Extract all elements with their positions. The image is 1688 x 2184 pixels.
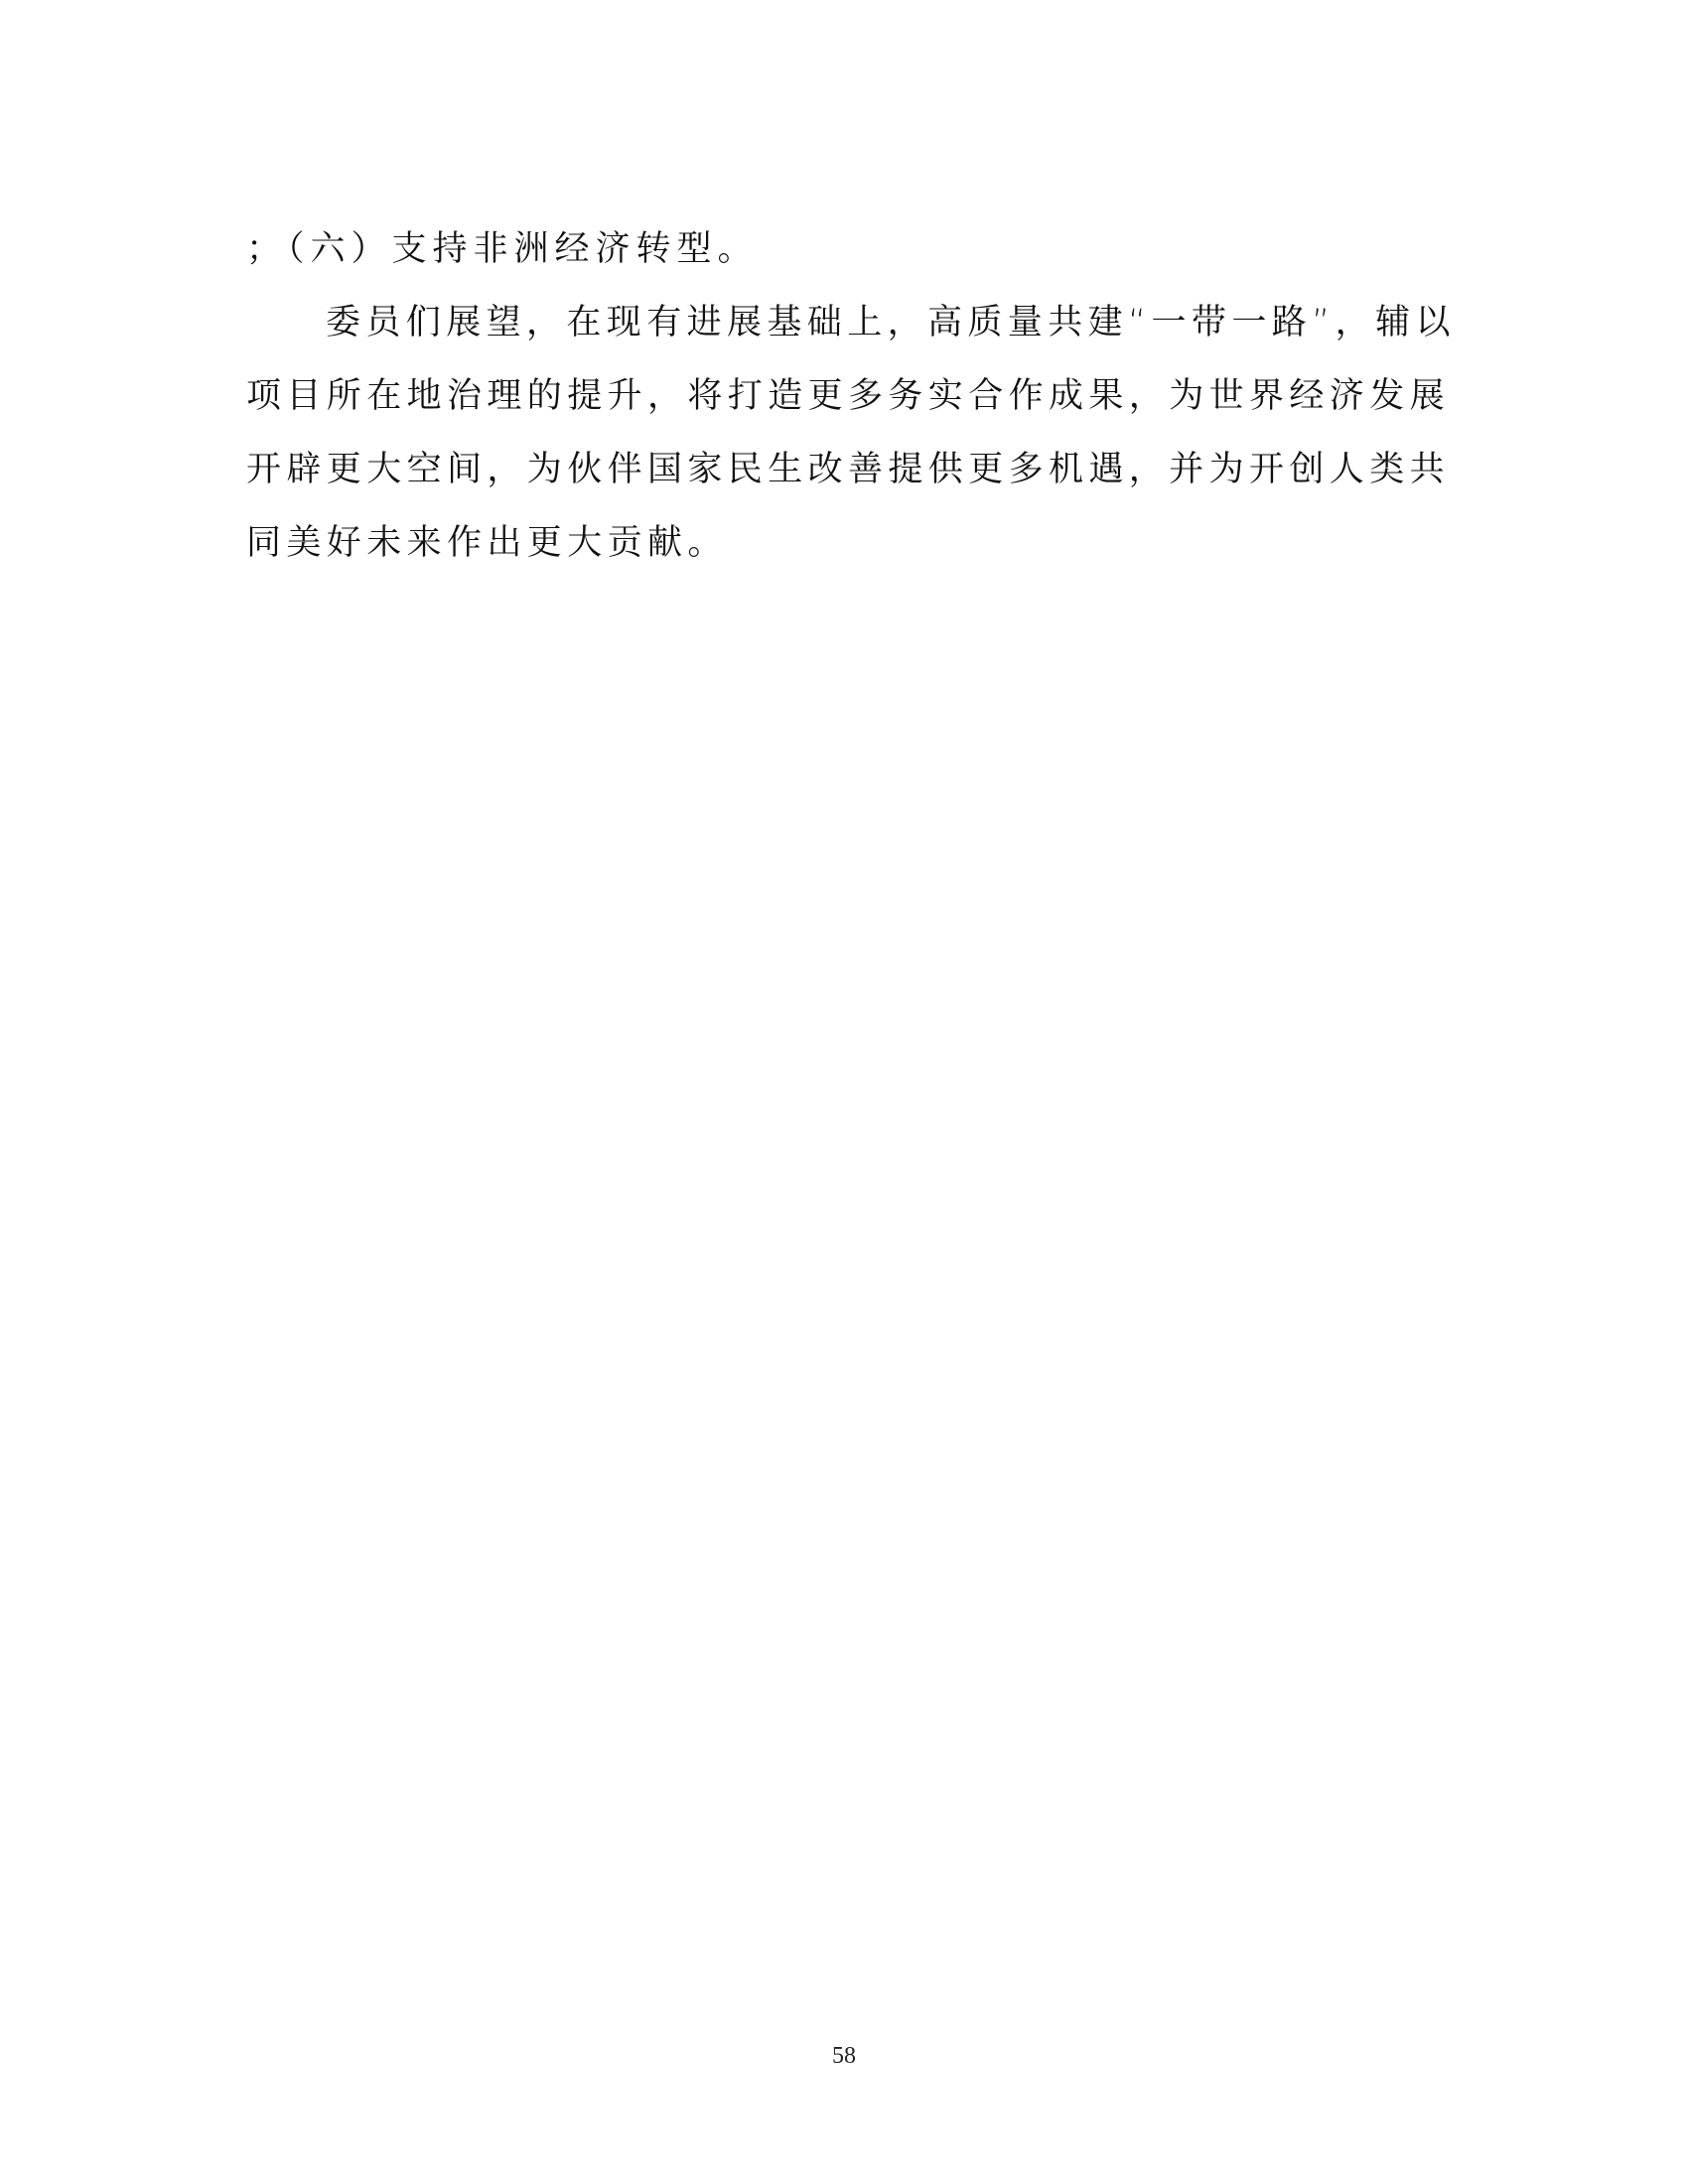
paragraph-line: 同美好未来作出更大贡献。 bbox=[246, 506, 1438, 580]
paragraph-line: 开辟更大空间，为伙伴国家民生改善提供更多机遇，并为开创人类共 bbox=[246, 433, 1438, 506]
body-text: ；（六）支持非洲经济转型。 委员们展望，在现有进展基础上，高质量共建“一带一路”… bbox=[246, 212, 1438, 580]
document-page: ；（六）支持非洲经济转型。 委员们展望，在现有进展基础上，高质量共建“一带一路”… bbox=[0, 0, 1688, 2184]
paragraph-line: 项目所在地治理的提升，将打造更多务实合作成果，为世界经济发展 bbox=[246, 359, 1438, 433]
page-number: 58 bbox=[0, 2043, 1688, 2070]
paragraph-first-line: 委员们展望，在现有进展基础上，高质量共建“一带一路”，辅以 bbox=[246, 286, 1438, 359]
list-item-continuation: ；（六）支持非洲经济转型。 bbox=[246, 212, 1438, 286]
